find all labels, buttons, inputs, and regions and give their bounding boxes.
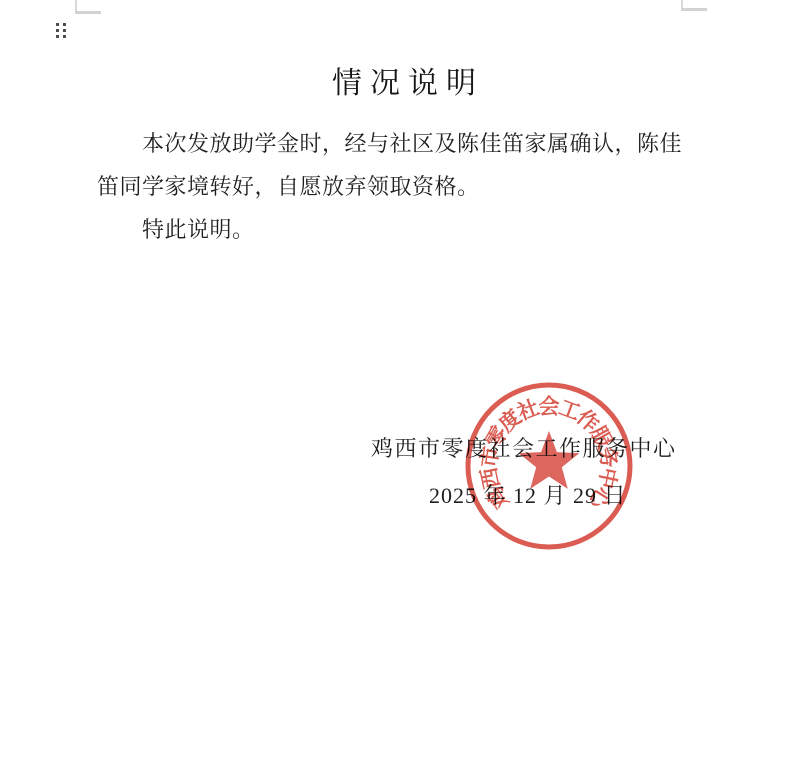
svg-text:会: 会 — [539, 394, 560, 418]
document-title: 情况说明 — [0, 58, 800, 102]
body-line: 特此说明。 — [97, 208, 707, 251]
signature-line: 鸡西市零度社会工作服务中心 — [371, 432, 677, 463]
svg-text:工: 工 — [556, 395, 584, 425]
document-page: 情况说明 本次发放助学金时，经与社区及陈佳笛家属确认，陈佳 笛同学家境转好，自愿… — [0, 0, 800, 783]
body-line: 笛同学家境转好，自愿放弃领取资格。 — [97, 165, 707, 208]
stamp-ring — [468, 385, 630, 547]
official-stamp: 鸡西市零度社会工作服务中心 — [461, 378, 637, 554]
margin-corner-top-left-icon — [75, 0, 101, 14]
margin-corner-top-right-icon — [681, 0, 707, 14]
body-line: 本次发放助学金时，经与社区及陈佳笛家属确认，陈佳 — [97, 122, 707, 165]
date-line: 2025 年 12 月 29 日 — [429, 479, 627, 510]
svg-text:社: 社 — [513, 395, 542, 425]
document-body: 本次发放助学金时，经与社区及陈佳笛家属确认，陈佳 笛同学家境转好，自愿放弃领取资… — [97, 122, 707, 251]
drag-handle-icon[interactable] — [56, 23, 68, 39]
